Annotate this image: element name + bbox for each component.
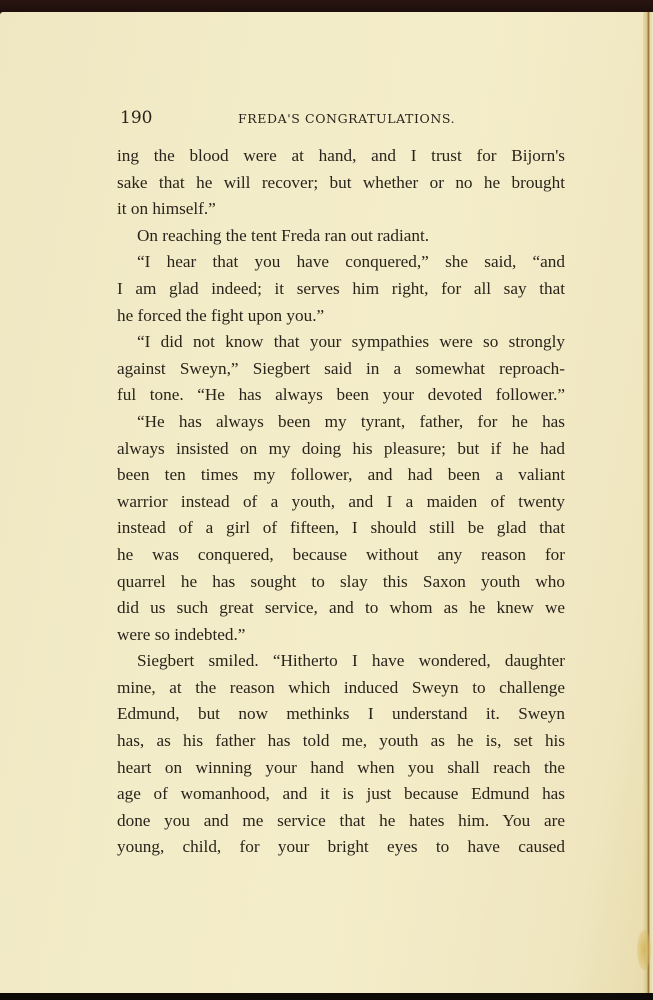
text-line: always insisted on my doing his pleasure… xyxy=(117,436,565,463)
text-line: “I did not know that your sympathies wer… xyxy=(117,329,565,356)
running-head: FREDA'S CONGRATULATIONS. xyxy=(238,111,455,126)
text-line: instead of a girl of fifteen, I should s… xyxy=(117,515,565,542)
text-line: were so indebted.” xyxy=(117,622,565,649)
text-line: On reaching the tent Freda ran out radia… xyxy=(117,223,565,250)
text-line: Siegbert smiled. “Hitherto I have wonder… xyxy=(117,648,565,675)
text-line: “He has always been my tyrant, father, f… xyxy=(117,409,565,436)
text-line: “I hear that you have conquered,” she sa… xyxy=(117,249,565,276)
text-line: age of womanhood, and it is just because… xyxy=(117,781,565,808)
text-line: done you and me service that he hates hi… xyxy=(117,808,565,835)
text-line: ful tone. “He has always been your devot… xyxy=(117,382,565,409)
text-line: heart on winning your hand when you shal… xyxy=(117,755,565,782)
text-line: sake that he will recover; but whether o… xyxy=(117,170,565,197)
page-number: 190 xyxy=(120,108,152,128)
page-stain xyxy=(637,930,651,970)
text-line: quarrel he has sought to slay this Saxon… xyxy=(117,569,565,596)
text-line: he forced the fight upon you.” xyxy=(117,303,565,330)
text-line: mine, at the reason which induced Sweyn … xyxy=(117,675,565,702)
text-line: Edmund, but now methinks I understand it… xyxy=(117,701,565,728)
text-line: I am glad indeed; it serves him right, f… xyxy=(117,276,565,303)
text-line: it on himself.” xyxy=(117,196,565,223)
text-line: against Sweyn,” Siegbert said in a somew… xyxy=(117,356,565,383)
text-line: did us such great service, and to whom a… xyxy=(117,595,565,622)
text-line: has, as his father has told me, youth as… xyxy=(117,728,565,755)
text-line: ing the blood were at hand, and I trust … xyxy=(117,143,565,170)
book-bottom-edge xyxy=(0,993,653,1000)
text-line: been ten times my follower, and had been… xyxy=(117,462,565,489)
page-header: 190 FREDA'S CONGRATULATIONS. xyxy=(118,108,568,130)
text-line: warrior instead of a youth, and I a maid… xyxy=(117,489,565,516)
page-fore-edge xyxy=(643,12,653,994)
body-text: ing the blood were at hand, and I trust … xyxy=(117,143,565,861)
text-line: he was conquered, because without any re… xyxy=(117,542,565,569)
text-line: young, child, for your bright eyes to ha… xyxy=(117,834,565,861)
